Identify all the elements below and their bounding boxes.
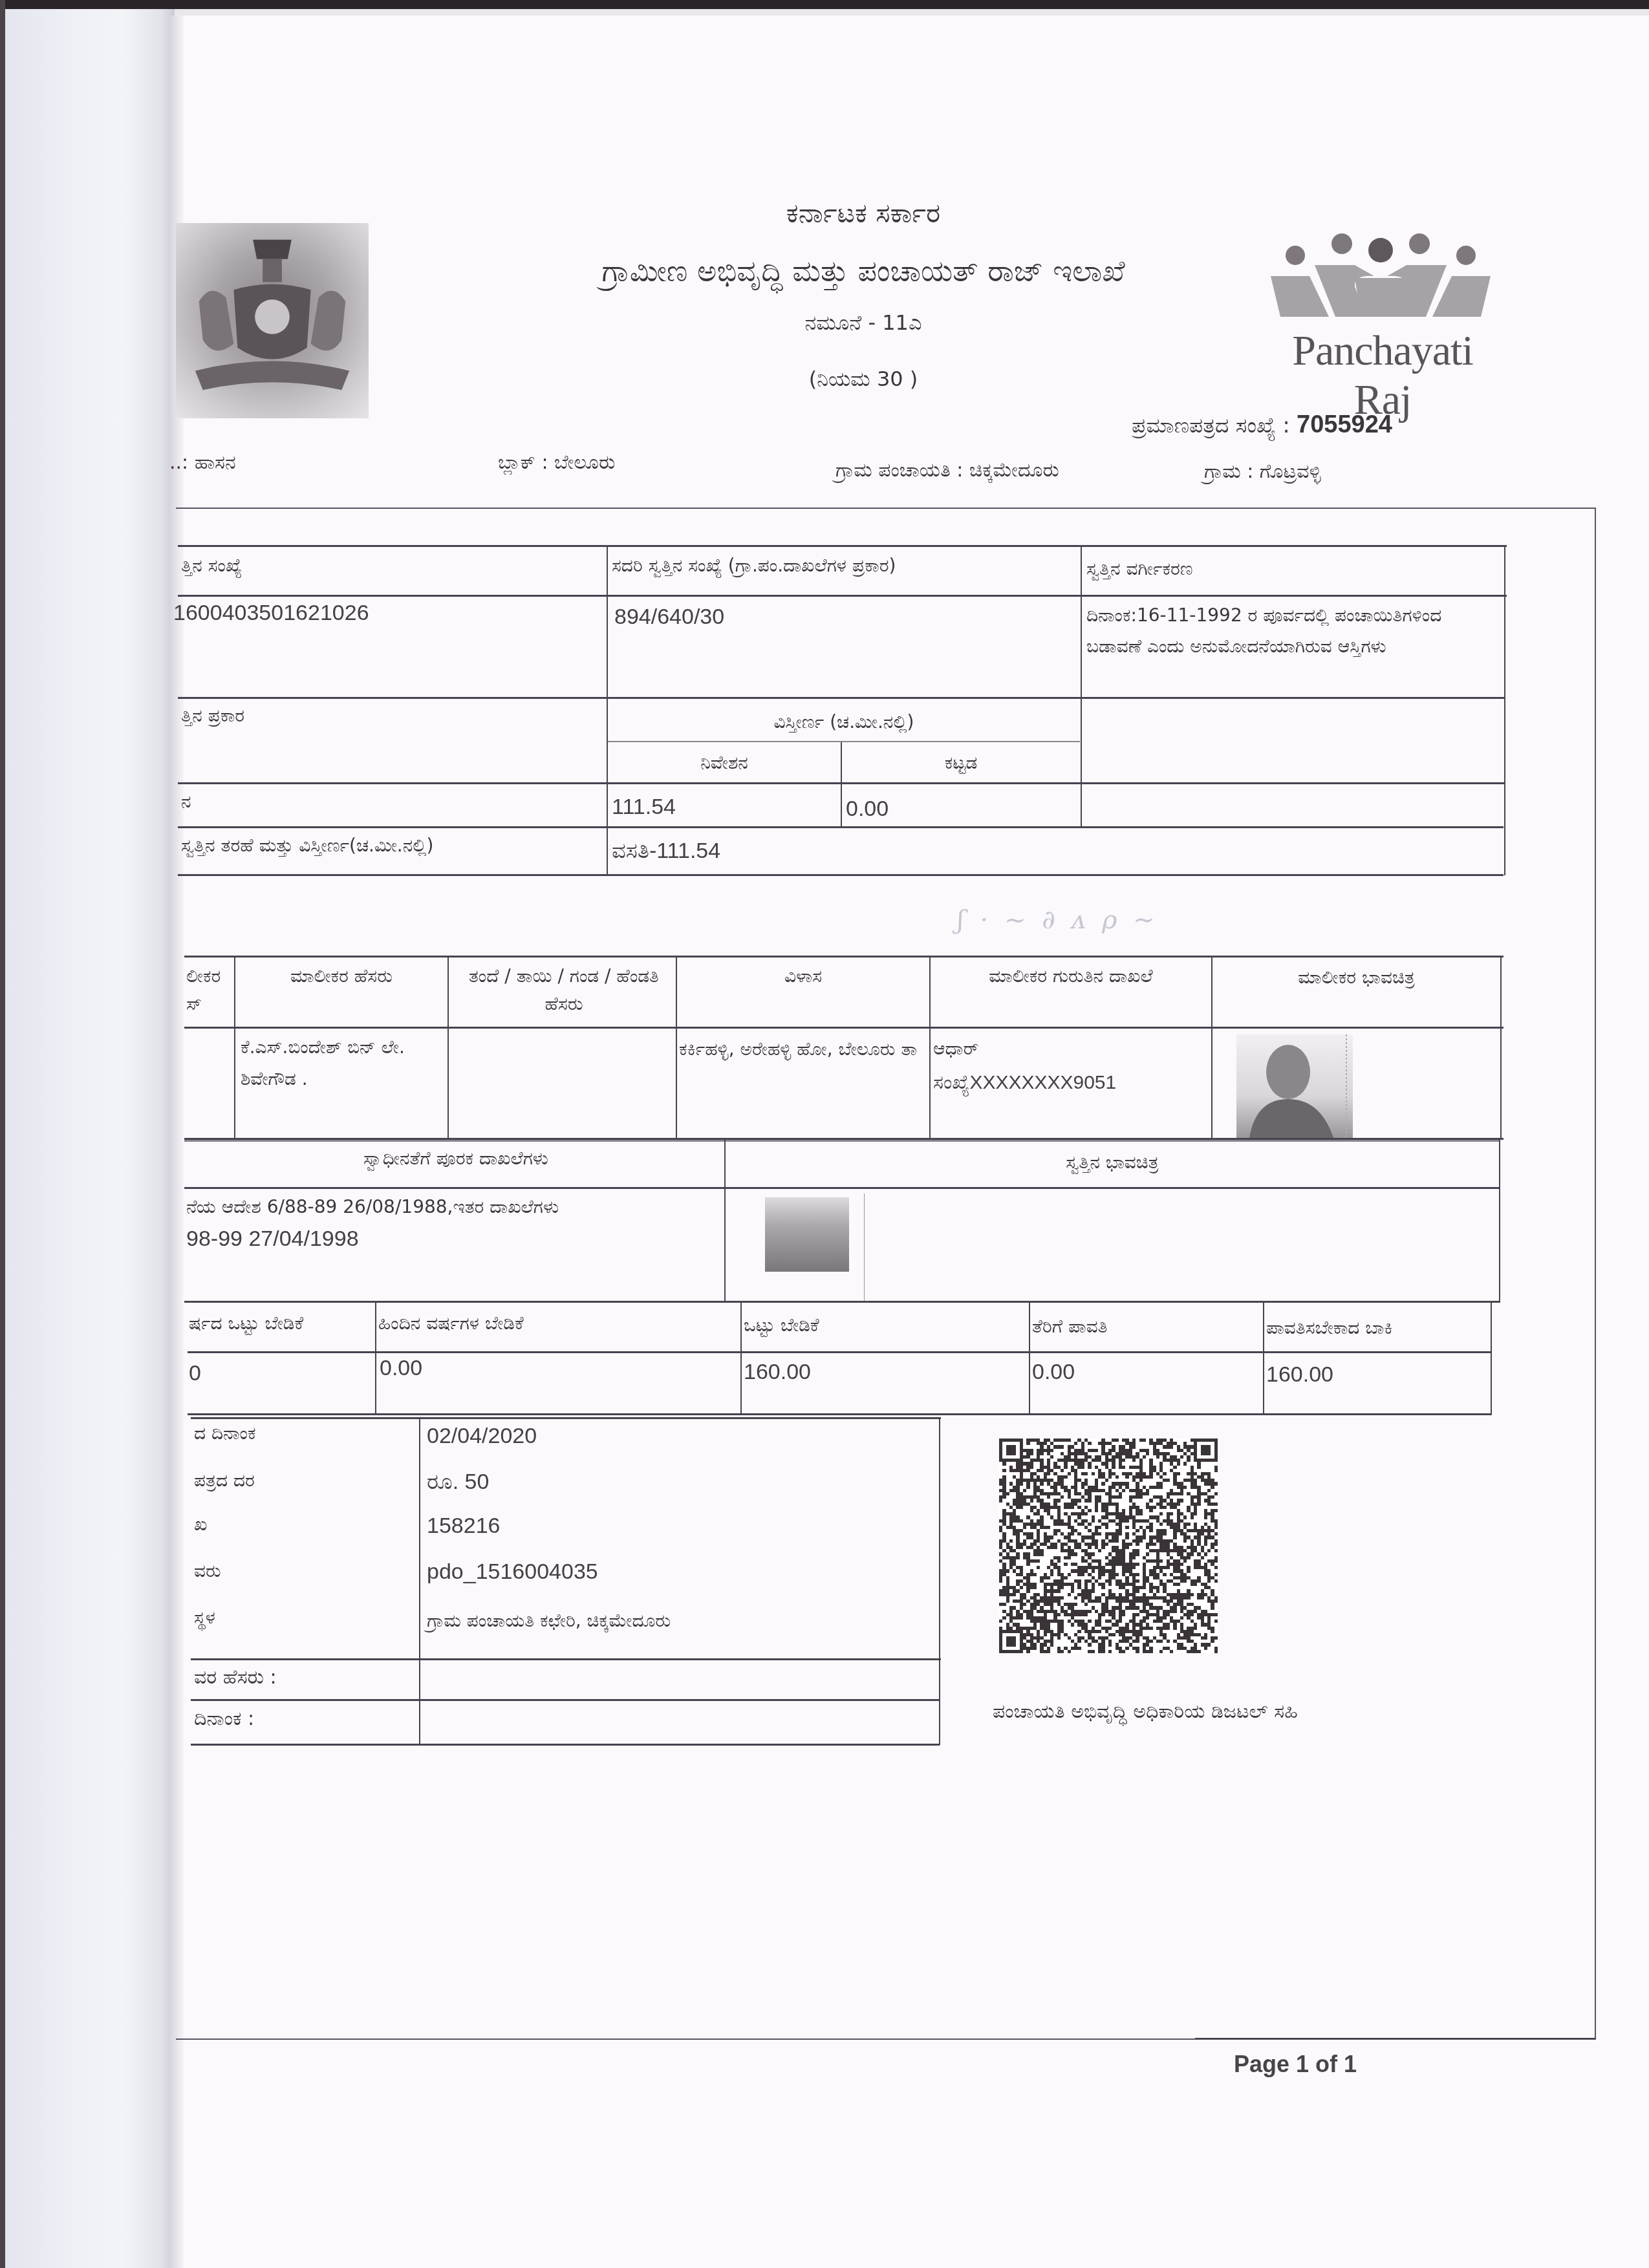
page-indicator: Page 1 of 1 (1234, 2051, 1357, 2078)
ownership-doc-line2: 98-99 27/04/1998 (186, 1222, 359, 1256)
owner-photo-header: ಮಾಲೀಕರ ಭಾವಚಿತ್ರ (1212, 963, 1500, 991)
scan-top-band (155, 9, 1649, 16)
document-frame (176, 508, 1596, 2040)
property-type-label: ತ್ತಿನ ಪ್ರಕಾರ (181, 701, 244, 729)
area-header: ವಿಸ್ತೀರ್ಣ (ಚ.ಮೀ.ನಲ್ಲಿ) (608, 708, 1080, 736)
pdo-digital-signature-label: ಪಂಚಾಯತಿ ಅಭಿವೃದ್ಧಿ ಅಧಿಕಾರಿಯ ಡಿಜಟಲ್ ಸಹಿ (993, 1700, 1298, 1723)
classification-value: ದಿನಾಂಕ:16-11-1992 ರ ಪೂರ್ವದಲ್ಲಿ ಪಂಚಾಯಿತಿಗ… (1086, 600, 1500, 661)
local-number: 894/640/30 (614, 600, 724, 634)
tax-header-previous: ಹಿಂದಿನ ವರ್ಷಗಳ ಬೇಡಿಕೆ (378, 1309, 524, 1337)
building-header: ಕಟ್ಟಡ (842, 749, 1080, 776)
owner-name: ಕೆ.ಎಸ್.ಬಿಂದೇಶ್ ಬಿನ್ ಲೇ. ಶಿವೇಗೌಡ . (241, 1031, 435, 1095)
tax-balance: 160.00 (1266, 1358, 1333, 1392)
ownership-docs-header: ಸ್ವಾಧೀನತೆಗೆ ಪೂರಕ ದಾಖಲೆಗಳು (188, 1144, 724, 1172)
site-area: 111.54 (612, 790, 676, 824)
certificate-label: ಪ್ರಮಾಣಪತ್ರದ ಸಂಖ್ಯೆ : (1132, 412, 1290, 438)
owner-serial-header: ಲೀಕರ ಸ್ (186, 962, 232, 1018)
tax-header-current: ರ್ಷದ ಒಟ್ಟು ಬೇಡಿಕೆ (189, 1309, 373, 1337)
owner-name-header: ಮಾಲೀಕರ ಹೆಸರು (235, 962, 447, 990)
issue-date: 02/04/2020 (427, 1419, 537, 1453)
property-id-header: ತ್ತಿನ ಸಂಖ್ಯೆ (181, 551, 242, 579)
government-title: ಕರ್ನಾಟಕ ಸರ್ಕಾರ (0, 197, 1649, 230)
area-row-label: ನ (181, 787, 191, 815)
owner-address: ಕರ್ಕಿಹಳ್ಳಿ, ಅರೇಹಳ್ಳಿ ಹೋ, ಬೇಲೂರು ತಾ (679, 1033, 925, 1065)
page-fold (5, 9, 175, 2268)
owner-photo (1236, 1034, 1353, 1138)
tax-total: 160.00 (744, 1355, 811, 1389)
tax-paid: 0.00 (1032, 1355, 1075, 1389)
issue-date-label: ದ ದಿನಾಂಕ (194, 1419, 256, 1447)
receipt-number: 158216 (427, 1509, 500, 1543)
logo-text: Panchayati Raj (1263, 326, 1502, 425)
classification-header: ಸ್ವತ್ತಿನ ವರ್ಗೀಕರಣ (1086, 555, 1193, 583)
receipt-label: ಖ (194, 1510, 207, 1538)
id-doc-type: ಆಧಾರ್ (933, 1034, 978, 1062)
id-doc-number: ಸಂಖ್ಯೆXXXXXXXX9051 (933, 1068, 1116, 1098)
issuer-id: pdo_1516004035 (427, 1555, 598, 1589)
fee-label: ಪತ್ರದ ದರ (194, 1466, 255, 1494)
block: ಬ್ಲಾಕ್ : ಬೇಲೂರು (498, 451, 615, 474)
local-number-header: ಸದರಿ ಸ್ವತ್ತಿನ ಸಂಖ್ಯೆ (ಗ್ರಾ.ಪಂ.ದಾಖಲೆಗಳ ಪ್… (612, 551, 896, 579)
receiver-name-label: ವರ ಹೆಸರು : (194, 1663, 277, 1693)
village: ಗ್ರಾಮ : ಗೊಟ್ರವಳ್ಳಿ (1204, 460, 1321, 483)
gram-panchayat: ಗ್ರಾಮ ಪಂಚಾಯತಿ : ಚಿಕ್ಕಮೇದೂರು (835, 459, 1059, 482)
tax-header-total: ಒಟ್ಟು ಬೇಡಿಕೆ (744, 1311, 819, 1339)
people-group-icon (1258, 230, 1503, 326)
ownership-doc-line1: ನೆಯ ಆದೇಶ 6/88-89 26/08/1988,ಇತರ ದಾಖಲೆಗಳು (186, 1193, 720, 1221)
tax-previous: 0.00 (380, 1351, 422, 1385)
address-header: ವಿಳಾಸ (677, 962, 929, 990)
footer-rule (1195, 2038, 1596, 2039)
id-doc-header: ಮಾಲೀಕರ ಗುರುತಿನ ದಾಖಲೆ (931, 962, 1211, 990)
issuer-label: ವರು (194, 1557, 221, 1585)
property-id: 1600403501621026 (173, 596, 369, 630)
pencil-annotation: ʃ · ~ ∂ ᴧ ρ ∼ (957, 905, 1159, 935)
tax-current: 0 (189, 1356, 201, 1391)
site-header: ನಿವೇಶನ (608, 749, 841, 776)
tax-header-balance: ಪಾವತಿಸಬೇಕಾದ ಬಾಕಿ (1266, 1314, 1392, 1342)
property-photo-header: ಸ್ವತ್ತಿನ ಭಾವಚಿತ್ರ (726, 1148, 1499, 1176)
scan-left-edge (0, 0, 5, 2268)
nature-value: ವಸತಿ-111.54 (612, 834, 720, 868)
certificate-value: 7055924 (1297, 411, 1392, 438)
relation-header: ತಂದೆ / ತಾಯಿ / ಗಂಡ / ಹೆಂಡತಿ ಹೆಸರು (460, 962, 667, 1018)
place-label: ಸ್ಥಳ (194, 1603, 215, 1631)
receiver-date-label: ದಿನಾಂಕ : (194, 1704, 254, 1735)
tax-header-paid: ತೆರಿಗೆ ಪಾವತಿ (1032, 1312, 1108, 1340)
nature-label: ಸ್ವತ್ತಿನ ತರಹೆ ಮತ್ತು ವಿಸ್ತೀರ್ಣ(ಚ.ಮೀ.ನಲ್ಲಿ… (181, 831, 433, 859)
place-value: ಗ್ರಾಮ ಪಂಚಾಯತಿ ಕಛೇರಿ, ಚಿಕ್ಕಮೇದೂರು (427, 1607, 671, 1634)
building-area: 0.00 (846, 792, 889, 826)
property-photo (765, 1197, 849, 1272)
scan-top-edge (0, 0, 1649, 9)
panchayati-raj-logo: Panchayati Raj (1258, 230, 1503, 391)
district: ..: ಹಾಸನ (169, 451, 236, 474)
fee-value: ರೂ. 50 (427, 1465, 489, 1499)
certificate-number: ಪ್ರಮಾಣಪತ್ರದ ಸಂಖ್ಯೆ : 7055924 (1132, 411, 1392, 439)
qr-code (999, 1439, 1218, 1653)
